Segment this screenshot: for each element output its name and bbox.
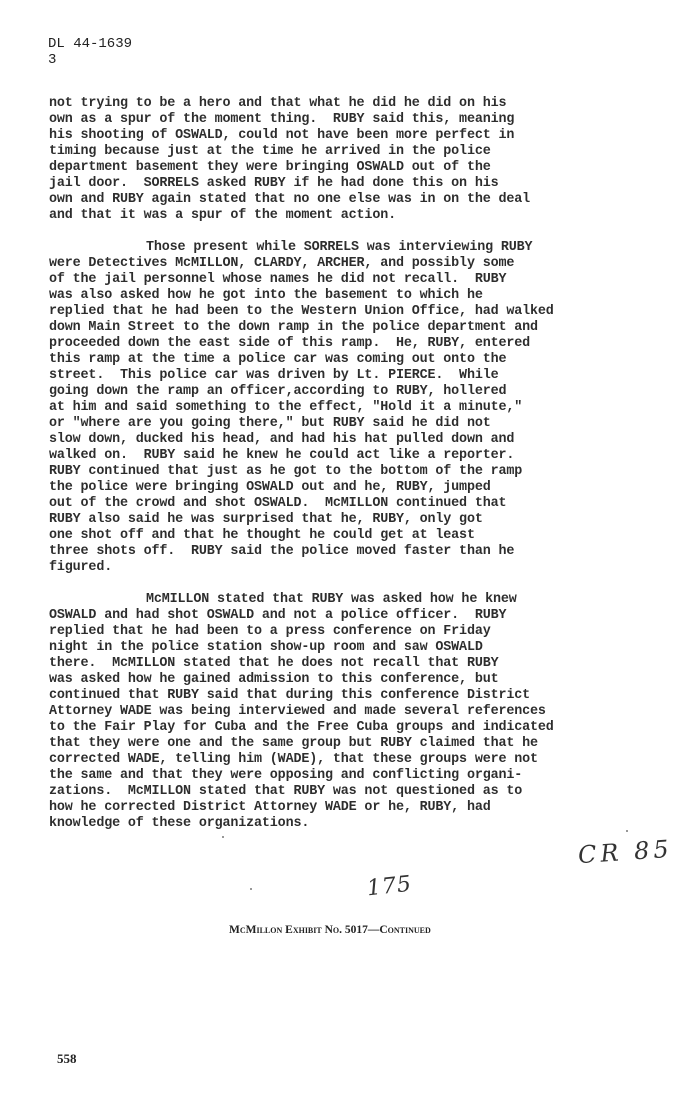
- document-page: DL 44-1639 3 not trying to be a hero and…: [0, 0, 691, 1094]
- text-line: to the Fair Play for Cuba and the Free C…: [49, 720, 554, 736]
- text-line: zations. McMILLON stated that RUBY was n…: [49, 784, 522, 800]
- text-line: own as a spur of the moment thing. RUBY …: [49, 112, 514, 128]
- text-line: were Detectives McMILLON, CLARDY, ARCHER…: [49, 256, 514, 272]
- text-line: that they were one and the same group bu…: [49, 736, 538, 752]
- text-line: going down the ramp an officer,according…: [49, 384, 506, 400]
- text-line: figured.: [49, 560, 112, 576]
- text-line: at him and said something to the effect,…: [49, 400, 522, 416]
- page-index: 3: [48, 52, 56, 68]
- text-line: McMILLON stated that RUBY was asked how …: [49, 592, 517, 608]
- text-line: night in the police station show-up room…: [49, 640, 483, 656]
- scan-speck: [222, 836, 224, 838]
- text-line: timing because just at the time he arriv…: [49, 144, 491, 160]
- text-line: OSWALD and had shot OSWALD and not a pol…: [49, 608, 506, 624]
- text-line: this ramp at the time a police car was c…: [49, 352, 506, 368]
- text-line: jail door. SORRELS asked RUBY if he had …: [49, 176, 499, 192]
- exhibit-caption: McMillon Exhibit No. 5017—Continued: [229, 924, 431, 936]
- text-line: Attorney WADE was being interviewed and …: [49, 704, 546, 720]
- text-line: own and RUBY again stated that no one el…: [49, 192, 530, 208]
- text-line: proceeded down the east side of this ram…: [49, 336, 530, 352]
- page-number: 558: [57, 1051, 77, 1067]
- text-line: three shots off. RUBY said the police mo…: [49, 544, 514, 560]
- text-line: street. This police car was driven by Lt…: [49, 368, 499, 384]
- text-line: department basement they were bringing O…: [49, 160, 491, 176]
- scan-speck: [626, 830, 628, 832]
- text-line: and that it was a spur of the moment act…: [49, 208, 396, 224]
- text-line: RUBY continued that just as he got to th…: [49, 464, 522, 480]
- text-line: there. McMILLON stated that he does not …: [49, 656, 499, 672]
- scan-speck: [250, 888, 252, 890]
- text-line: Those present while SORRELS was intervie…: [49, 240, 532, 256]
- handwritten-code: CR 85: [577, 835, 673, 870]
- text-line: RUBY also said he was surprised that he,…: [49, 512, 483, 528]
- text-line: one shot off and that he thought he coul…: [49, 528, 475, 544]
- text-line: replied that he had been to a press conf…: [49, 624, 491, 640]
- text-line: was asked how he gained admission to thi…: [49, 672, 499, 688]
- text-line: corrected WADE, telling him (WADE), that…: [49, 752, 538, 768]
- text-line: down Main Street to the down ramp in the…: [49, 320, 538, 336]
- text-line: replied that he had been to the Western …: [49, 304, 554, 320]
- text-line: walked on. RUBY said he knew he could ac…: [49, 448, 514, 464]
- text-line: the police were bringing OSWALD out and …: [49, 480, 491, 496]
- text-line: was also asked how he got into the basem…: [49, 288, 483, 304]
- text-line: continued that RUBY said that during thi…: [49, 688, 530, 704]
- text-line: or "where are you going there," but RUBY…: [49, 416, 491, 432]
- text-line: how he corrected District Attorney WADE …: [49, 800, 491, 816]
- text-line: out of the crowd and shot OSWALD. McMILL…: [49, 496, 506, 512]
- text-line: his shooting of OSWALD, could not have b…: [49, 128, 514, 144]
- file-number: DL 44-1639: [48, 36, 132, 52]
- text-line: of the jail personnel whose names he did…: [49, 272, 506, 288]
- handwritten-number: 175: [366, 872, 413, 902]
- text-line: the same and that they were opposing and…: [49, 768, 522, 784]
- text-line: not trying to be a hero and that what he…: [49, 96, 506, 112]
- text-line: slow down, ducked his head, and had his …: [49, 432, 514, 448]
- text-line: knowledge of these organizations.: [49, 816, 309, 832]
